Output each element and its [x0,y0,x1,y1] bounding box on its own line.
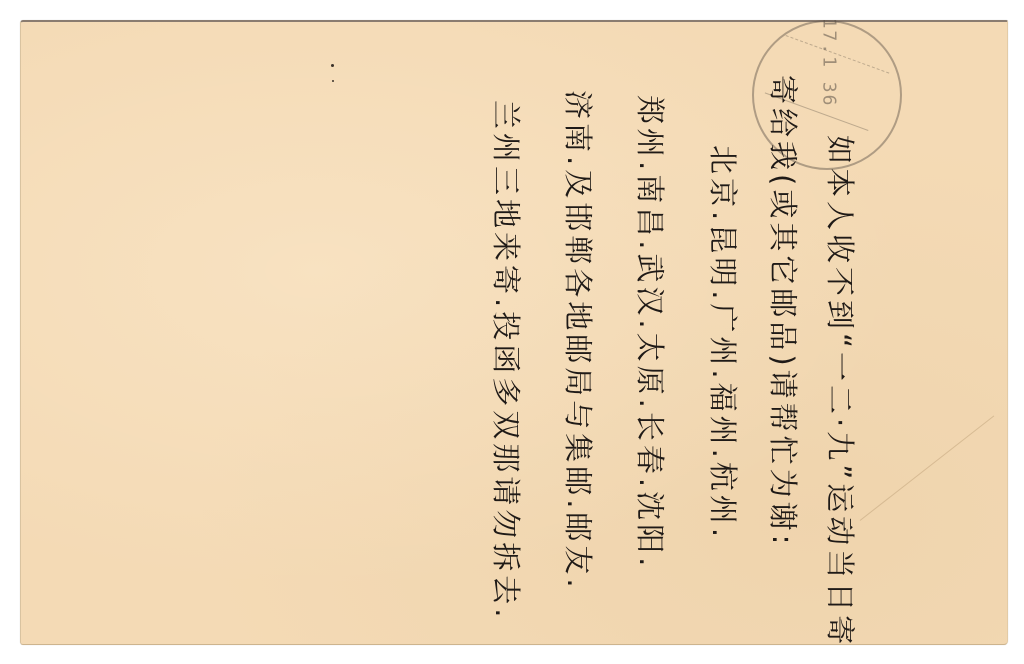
ink-dot [332,80,334,82]
postmark-date: 17.1 36 [818,18,839,108]
message-column-2: 寄给我(或其它邮品)请帮忙为谢: [764,75,805,548]
message-column-5: 济南.及邯郸各地邮局与集邮.邮友. [559,90,600,592]
message-column-4: 郑州.南昌.武汉.太原.长春.沈阳. [631,95,672,570]
message-column-1: 如本人收不到“一二·九”运动当日寄 [821,135,862,648]
ink-dot [331,64,334,67]
message-column-3: 北京.昆明.广州.福州.杭州. [704,145,745,541]
message-column-6: 兰州三地来寄.投函多双那请勿拆去. [487,100,528,621]
